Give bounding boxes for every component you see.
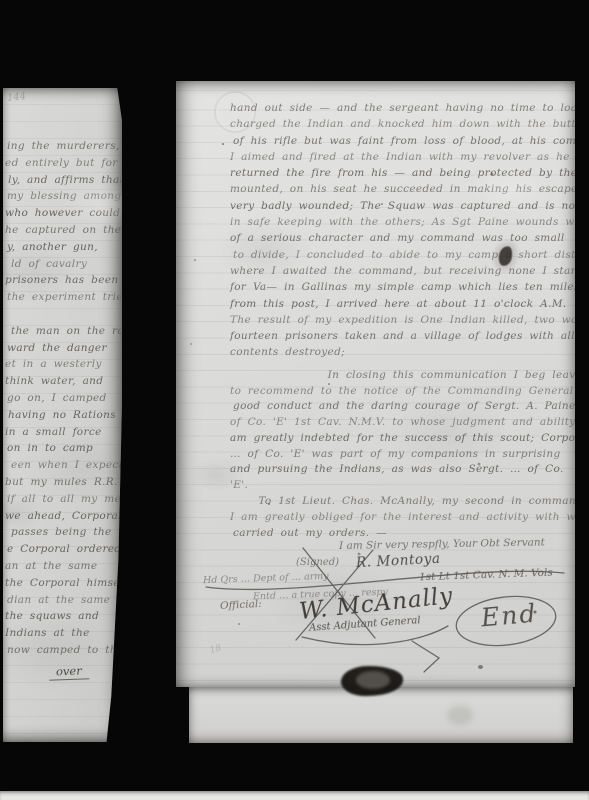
handwritten-line: mounted, on his seat he succeeded in mak…	[230, 181, 570, 197]
handwritten-line: e Corporal ordered	[7, 541, 121, 558]
signed-label: (Signed)	[296, 557, 339, 568]
handwritten-line: we ahead, Corporal	[5, 508, 121, 525]
handwritten-line: returned the fire from his — and being p…	[230, 165, 570, 181]
handwritten-line: he captured on the	[5, 222, 121, 239]
handwritten-line: … of Co. 'E' was part of my companions i…	[230, 447, 570, 463]
left-page-footer-over: over	[49, 663, 89, 680]
handwritten-line: but my mules R.R.	[5, 474, 121, 491]
under-sheet	[189, 687, 573, 743]
handwritten-line: having no Rations	[8, 407, 121, 424]
handwritten-line: In closing this communication I beg leav…	[230, 368, 570, 384]
handwritten-line: to recommend to the notice of the Comman…	[230, 384, 570, 400]
official-label: Official:	[220, 598, 262, 612]
handwritten-line: ward the danger	[7, 340, 121, 357]
end-mark: End	[480, 599, 539, 633]
handwritten-line: from this post, I arrived here at about …	[230, 296, 570, 312]
handwritten-line: ly, and affirms that	[8, 172, 121, 189]
handwritten-line: to divide, I concluded to abide to my ca…	[233, 247, 570, 263]
handwritten-line: hand out side — and the sergeant having …	[230, 100, 570, 116]
handwritten-line: passes being the	[11, 524, 121, 541]
handwritten-line: go on, I camped	[7, 390, 121, 407]
document-photo: 144 ing the murderers,ed entirely but fo…	[0, 0, 589, 800]
handwritten-line: Indians at the	[5, 625, 121, 642]
handwritten-line: the man on the road	[11, 323, 121, 340]
handwritten-line: am greatly indebted for the success of t…	[230, 431, 570, 447]
handwritten-line: I aimed and fired at the Indian with my …	[230, 149, 570, 165]
handwritten-line: now camped to the	[7, 642, 121, 659]
handwritten-line: The result of my expedition is One India…	[230, 312, 570, 328]
handwritten-line: an at the same	[5, 558, 121, 575]
handwritten-line: my blessing among	[7, 188, 121, 205]
handwritten-line: charged the Indian and knocked him down …	[230, 116, 570, 132]
handwritten-line: fourteen prisoners taken and a village o…	[230, 328, 570, 344]
handwritten-line: I am greatly obliged for the interest an…	[230, 509, 570, 525]
ink-dot	[478, 665, 483, 669]
ink-blot	[497, 245, 514, 267]
handwritten-line: To 1st Lieut. Chas. McAnally, my second …	[230, 493, 570, 509]
bottom-edge-strip	[0, 791, 589, 800]
closing-paragraph-lines: In closing this communication I beg leav…	[230, 368, 570, 494]
handwritten-line: ld of cavalry	[11, 256, 121, 273]
handwritten-line	[5, 306, 121, 323]
left-page-number: 144	[6, 91, 26, 104]
handwritten-line: very badly wounded; The Squaw was captur…	[230, 198, 570, 214]
handwritten-line: in a small force	[5, 424, 121, 441]
body-paragraph-lines: hand out side — and the sergeant having …	[230, 100, 570, 361]
handwritten-line: of Co. 'E' 1st Cav. N.M.V. to whose judg…	[230, 415, 570, 431]
handwritten-line: dian at the same	[7, 592, 121, 609]
handwritten-line: y, another gun,	[7, 239, 121, 256]
handwritten-line: prisoners has been	[5, 272, 121, 289]
acknowledgment-paragraph-lines: To 1st Lieut. Chas. McAnally, my second …	[230, 493, 570, 542]
handwritten-line: the squaws and	[5, 608, 121, 625]
handwritten-line: 'E'.	[230, 478, 570, 494]
handwritten-line: where I awaited the command, but receivi…	[230, 263, 570, 279]
left-page-lines: ing the murderers,ed entirely but for th…	[5, 138, 121, 659]
seal-blob-core	[356, 671, 390, 689]
handwritten-line: who however could	[5, 205, 121, 222]
handwritten-line: on in to camp	[7, 440, 121, 457]
handwritten-line: contents destroyed;	[230, 344, 570, 360]
handwritten-line: think water, and	[5, 373, 121, 390]
handwritten-line: for Va— in Gallinas my simple camp which…	[230, 279, 570, 295]
handwritten-line: the Corporal himself	[5, 575, 121, 592]
handwritten-line: good conduct and the daring courage of S…	[233, 399, 570, 415]
sender-signature: R. Montoya	[356, 551, 441, 571]
handwritten-line: the experiment tried	[7, 289, 121, 306]
handwritten-line: ed entirely but for the	[5, 155, 121, 172]
right-page: hand out side — and the sergeant having …	[176, 81, 575, 687]
handwritten-line: in safe keeping with the others; As Sgt …	[230, 214, 570, 230]
handwritten-line: if all to all my men	[7, 491, 121, 508]
sender-rank-line: 1st Lt 1st Cav. N. M. Vols	[419, 567, 553, 584]
handwritten-line: een when I expected	[11, 457, 121, 474]
handwritten-line: of a serious character and my command wa…	[230, 230, 570, 246]
handwritten-line: and pursuing the Indians, as was also Se…	[230, 462, 570, 478]
margin-pencil-note: 18	[209, 644, 223, 656]
headquarters-line: Hd Qrs … Dept of … army	[203, 571, 329, 586]
handwritten-line: of his rifle but was faint from loss of …	[233, 133, 570, 149]
check-flourish-stroke	[412, 641, 439, 672]
handwritten-line: ing the murderers,	[7, 138, 121, 155]
ink-specks	[176, 81, 178, 83]
left-page: 144 ing the murderers,ed entirely but fo…	[3, 88, 122, 742]
handwritten-line: et in a westerly	[5, 356, 121, 373]
